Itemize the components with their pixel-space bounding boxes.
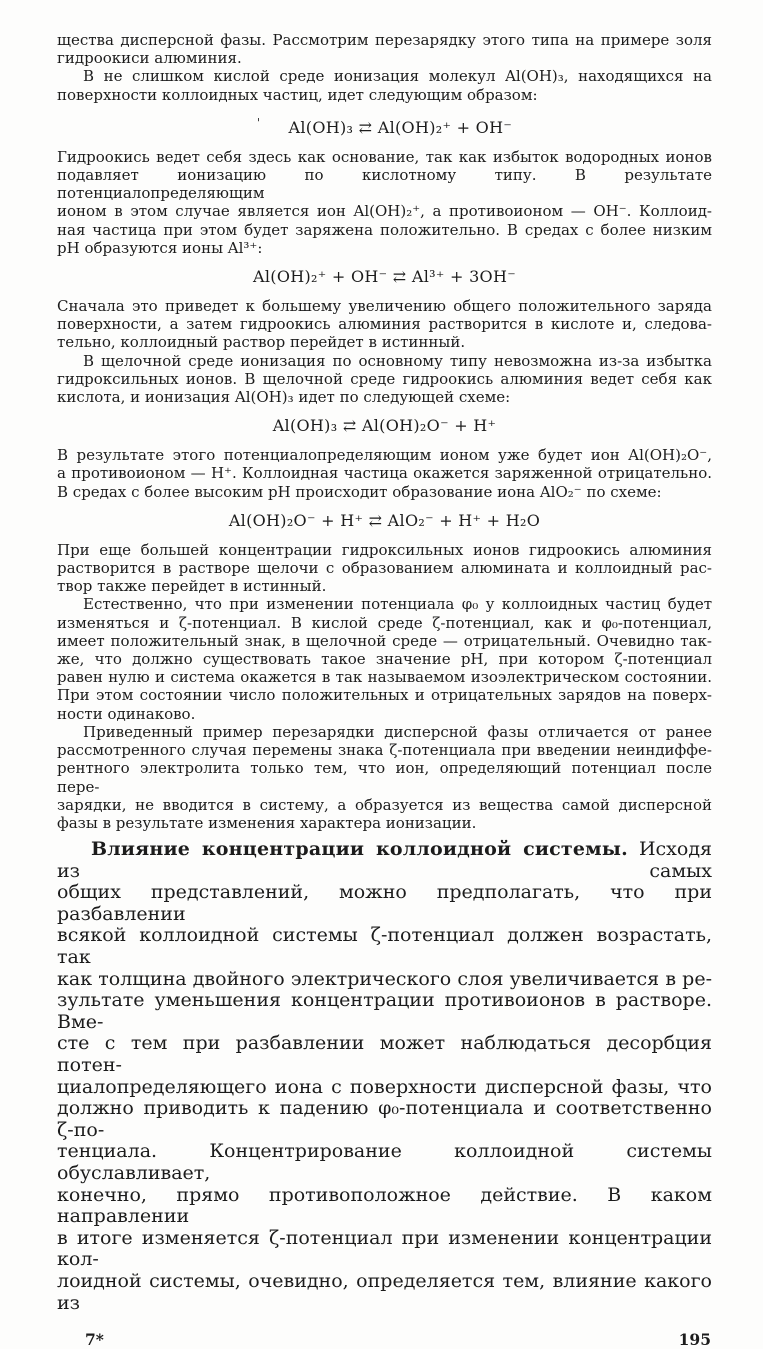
text-line: же, что должно существовать такое значен… bbox=[57, 650, 712, 668]
text-line: лоидной системы, очевидно, определяется … bbox=[57, 1271, 712, 1314]
text-line: твор также перейдет в истинный. bbox=[57, 577, 712, 595]
text-line: конечно, прямо противоположное действие.… bbox=[57, 1185, 712, 1228]
text-line: При этом состоянии число положительных и… bbox=[57, 686, 712, 704]
text-line: поверхности, а затем гидроокись алюминия… bbox=[57, 315, 712, 333]
paragraph-negative-charge: В результате этого потенциалопределяющим… bbox=[57, 446, 712, 501]
text-line: в итоге изменяется ζ-потенциал при измен… bbox=[57, 1228, 712, 1271]
text-line: зарядки, не вводится в систему, а образу… bbox=[57, 796, 712, 814]
paragraph-alkaline-medium: В щелочной среде ионизация по основному … bbox=[57, 352, 712, 407]
equation-2: Al(OH)₂⁺ + OH⁻ ⇄ Al³⁺ + 3OH⁻ bbox=[57, 267, 712, 286]
equation-3: Al(OH)₃ ⇄ Al(OH)₂O⁻ + H⁺ bbox=[57, 416, 712, 435]
text-line: В не слишком кислой среде ионизация моле… bbox=[57, 67, 712, 85]
text-line: подавляет ионизацию по кислотному типу. … bbox=[57, 166, 712, 202]
text-line: сте с тем при разбавлении может наблюдат… bbox=[57, 1033, 712, 1076]
text-line: равен нулю и система окажется в так назы… bbox=[57, 668, 712, 686]
text-line: ионом в этом случае является ион Al(OH)₂… bbox=[57, 202, 712, 220]
section-heading-line: Влияние концентрации коллоидной системы.… bbox=[57, 839, 712, 882]
scanned-book-page: щества дисперсной фазы. Рассмотрим перез… bbox=[0, 0, 763, 1349]
text-line: тенциала. Концентрирование коллоидной си… bbox=[57, 1141, 712, 1184]
text-line: ная частица при этом будет заряжена поло… bbox=[57, 221, 712, 239]
text-line: должно приводить к падению φ₀-потенциала… bbox=[57, 1098, 712, 1141]
paragraph-isoelectric-state: Естественно, что при изменении потенциал… bbox=[57, 595, 712, 722]
text-line: растворится в растворе щелочи с образова… bbox=[57, 559, 712, 577]
section-concentration-influence: Влияние концентрации коллоидной системы.… bbox=[57, 839, 712, 1314]
section-heading-bold: Влияние концентрации коллоидной системы. bbox=[91, 838, 628, 860]
page-number: 195 bbox=[679, 1330, 712, 1349]
equation-4: Al(OH)₂O⁻ + H⁺ ⇄ AlO₂⁻ + H⁺ + H₂O bbox=[57, 511, 712, 530]
text-line: как толщина двойного электрического слоя… bbox=[57, 969, 712, 991]
text-line: Гидроокись ведет себя здесь как основани… bbox=[57, 148, 712, 166]
text-line: гидроокиси алюминия. bbox=[57, 49, 712, 67]
paragraph-recharging-difference: Приведенный пример перезарядки дисперсно… bbox=[57, 723, 712, 832]
text-line: Естественно, что при изменении потенциал… bbox=[57, 595, 712, 613]
paragraph-hydroxide-base: Гидроокись ведет себя здесь как основани… bbox=[57, 148, 712, 257]
text-line: гидроксильных ионов. В щелочной среде ги… bbox=[57, 370, 712, 388]
text-line: поверхности коллоидных частиц, идет след… bbox=[57, 86, 712, 104]
paragraph-acid-ionization: В не слишком кислой среде ионизация моле… bbox=[57, 67, 712, 103]
text-line: тельно, коллоидный раствор перейдет в ис… bbox=[57, 333, 712, 351]
equation-1-formula: Al(OH)₃ ⇄ Al(OH)₂⁺ + OH⁻ bbox=[289, 118, 513, 137]
text-line: pH образуются ионы Al³⁺: bbox=[57, 239, 712, 257]
text-line: фазы в результате изменения характера ио… bbox=[57, 814, 712, 832]
text-line: имеет положительный знак, в щелочной сре… bbox=[57, 632, 712, 650]
text-line: кислота, и ионизация Al(OH)₃ идет по сле… bbox=[57, 388, 712, 406]
text-line: ности одинаково. bbox=[57, 705, 712, 723]
signature-mark: 7* bbox=[57, 1330, 104, 1349]
text-line: рассмотренного случая перемены знака ζ-п… bbox=[57, 741, 712, 759]
text-line: рентного электролита только тем, что ион… bbox=[57, 759, 712, 795]
paragraph-aluminate: При еще большей концентрации гидроксильн… bbox=[57, 541, 712, 596]
text-line: общих представлений, можно предполагать,… bbox=[57, 882, 712, 925]
text-line: изменяться и ζ-потенциал. В кислой среде… bbox=[57, 614, 712, 632]
page-footer: 7* 195 bbox=[57, 1330, 712, 1349]
text-line: щества дисперсной фазы. Рассмотрим перез… bbox=[57, 31, 712, 49]
text-line: зультате уменьшения концентрации противо… bbox=[57, 990, 712, 1033]
text-line: В средах с более высоким pH происходит о… bbox=[57, 483, 712, 501]
paragraph-continuation: щества дисперсной фазы. Рассмотрим перез… bbox=[57, 31, 712, 67]
text-line: В щелочной среде ионизация по основному … bbox=[57, 352, 712, 370]
text-line: В результате этого потенциалопределяющим… bbox=[57, 446, 712, 464]
scan-artifact-mark: ' bbox=[257, 114, 261, 133]
text-line: всякой коллоидной системы ζ-потенциал до… bbox=[57, 925, 712, 968]
paragraph-positive-charge: Сначала это приведет к большему увеличен… bbox=[57, 297, 712, 352]
text-line: Сначала это приведет к большему увеличен… bbox=[57, 297, 712, 315]
equation-1: 'Al(OH)₃ ⇄ Al(OH)₂⁺ + OH⁻ bbox=[57, 114, 712, 137]
text-line: Приведенный пример перезарядки дисперсно… bbox=[57, 723, 712, 741]
text-line: При еще большей концентрации гидроксильн… bbox=[57, 541, 712, 559]
body-text-section: щества дисперсной фазы. Рассмотрим перез… bbox=[57, 31, 712, 832]
text-line: циалопределяющего иона с поверхности дис… bbox=[57, 1077, 712, 1099]
section-body-lines: общих представлений, можно предполагать,… bbox=[57, 882, 712, 1314]
text-line: а противоионом — H⁺. Коллоидная частица … bbox=[57, 464, 712, 482]
